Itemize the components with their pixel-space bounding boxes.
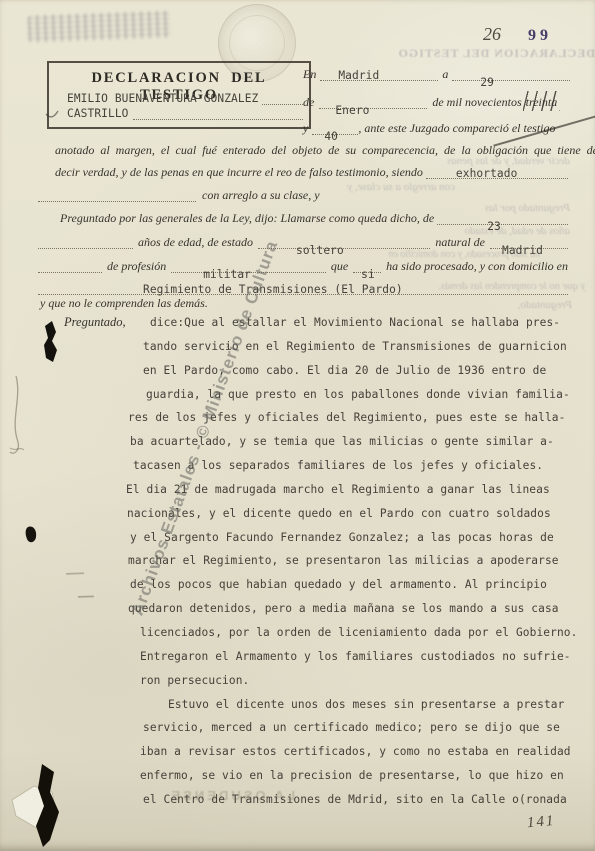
testimony-line: Estuvo el dicente unos dos meses sin pre… [168,693,595,717]
testimony-line: tando servicio en el Regimiento de Trans… [143,335,595,359]
age-field: 23 [437,211,568,225]
natural-label: natural de [435,235,485,249]
no-comprenden-text: y que no le comprenden las demás. [40,296,208,311]
exhortado-field: exhortado [426,165,568,179]
bleedthrough-title: DECLARACION DEL TESTIGO [405,46,595,61]
year-value: 40 [324,130,338,143]
testimony-line: enfermo, se vio en la precision de prese… [140,764,595,788]
handwritten-folio-number: 141 [526,813,556,832]
testimony-line: dice:Que al estallar el Movimiento Nacio… [150,311,595,335]
testimony-line: servicio, merced a un certificado medico… [143,716,595,740]
declaration-header-box: DECLARACION DEL TESTIGO EMILIO BUENAVENT… [47,61,311,129]
dotted-leader [133,109,303,120]
testimony-line: Entregaron el Armamento y los familiares… [140,645,595,669]
year-printed-text: de mil novecientos [432,95,521,109]
domicilio-value: Regimiento de Transmisiones (El Pardo) [143,283,403,296]
testimony-line: marchar el Regimiento, se presentaron la… [128,549,595,573]
witness-name-line1: EMILIO BUENAVENTURA GONZALEZ [67,92,258,105]
testimony-line: y el Sargento Facundo Fernandez Gonzalez… [130,526,595,550]
bleedthrough-text: Preguntado, [497,299,572,311]
page-number-stamp: 99 [528,27,552,45]
testimony-line: El dia 21 de madrugada marcho el Regimie… [126,478,595,502]
year-struck-word: treinta [526,95,558,109]
testimony-line: iban a revisar estos certificados, y com… [140,740,595,764]
testimony-line: licenciados, por la orden de liceniamien… [140,621,595,645]
form-label-y: y [303,121,308,135]
faded-stamp [28,11,171,43]
age-value: 23 [487,220,501,233]
form-paragraph-3: con arreglo a su clase, y [202,188,320,202]
witness-name-line2: CASTRILLO [67,107,129,120]
testimony-line: en El Pardo, como cabo. El dia 20 de Jul… [143,359,595,383]
form-label-en: En [303,67,316,81]
month-field: Enero [319,95,427,109]
document-page: DECLARACION DEL TESTIGO decir verdad, y … [0,0,595,851]
testimony-line: el Centro de Transmisiones de Mdrid, sit… [143,788,595,812]
profesion-label: de profesión [107,259,166,273]
testimony-line: quedaron detenidos, pero a media mañana … [128,597,595,621]
natural-value: Madrid [502,244,543,257]
day-field: 29 [452,67,570,81]
testimony-line: de los pocos que habian quedado y del ar… [130,573,595,597]
testimony-line: tacasen a los separados familiares de lo… [133,454,595,478]
dotted-leader [262,94,303,105]
dotted-leader [38,188,196,202]
dotted-leader [38,235,133,249]
form-paragraph-4: Preguntado por las generales de la Ley, … [60,211,434,225]
testimony-line: ron persecucion. [140,669,595,693]
testimony-line: res de los jefes y oficiales del Regimie… [128,406,595,430]
testimony-line: guardia, la que presto en los paballones… [146,383,595,407]
form-label-de: de [303,95,314,109]
day-value: 29 [480,76,494,89]
profesion-field: militar [171,259,326,273]
natural-field: Madrid [490,235,568,249]
after-year-text: , ante este Juzgado compareció el testig… [358,121,555,135]
domicilio-field: Regimiento de Transmisiones (El Pardo) [38,281,568,295]
edad-label: años de edad, de estado [138,235,253,249]
form-label-a: a [442,67,448,81]
estado-value: soltero [296,244,344,257]
que-label: que [331,259,348,273]
form-paragraph-2: decir verdad, y de las penas en que incu… [55,165,423,179]
place-value: Madrid [338,69,379,82]
form-paragraph-1: anotado al margen, el cual fué enterado … [55,143,570,158]
testimony-line: nacionales, y el dicente quedo en el Par… [127,502,595,526]
testimony-line: ba acuartelado, y se temia que las milic… [130,430,595,454]
testimony-text: dice:Que al estallar el Movimiento Nacio… [0,311,595,812]
dotted-leader [38,259,102,273]
profesion-value: militar [203,268,251,281]
procesado-label: ha sido procesado, y con domicilio en [386,259,568,273]
place-field: Madrid [320,67,438,81]
procesado-field: si [353,259,381,273]
procesado-value: si [361,268,375,281]
year-field: 40 [312,121,358,135]
estado-field: soltero [258,235,430,249]
month-value: Enero [335,104,369,117]
exhortado-value: exhortado [456,167,518,180]
